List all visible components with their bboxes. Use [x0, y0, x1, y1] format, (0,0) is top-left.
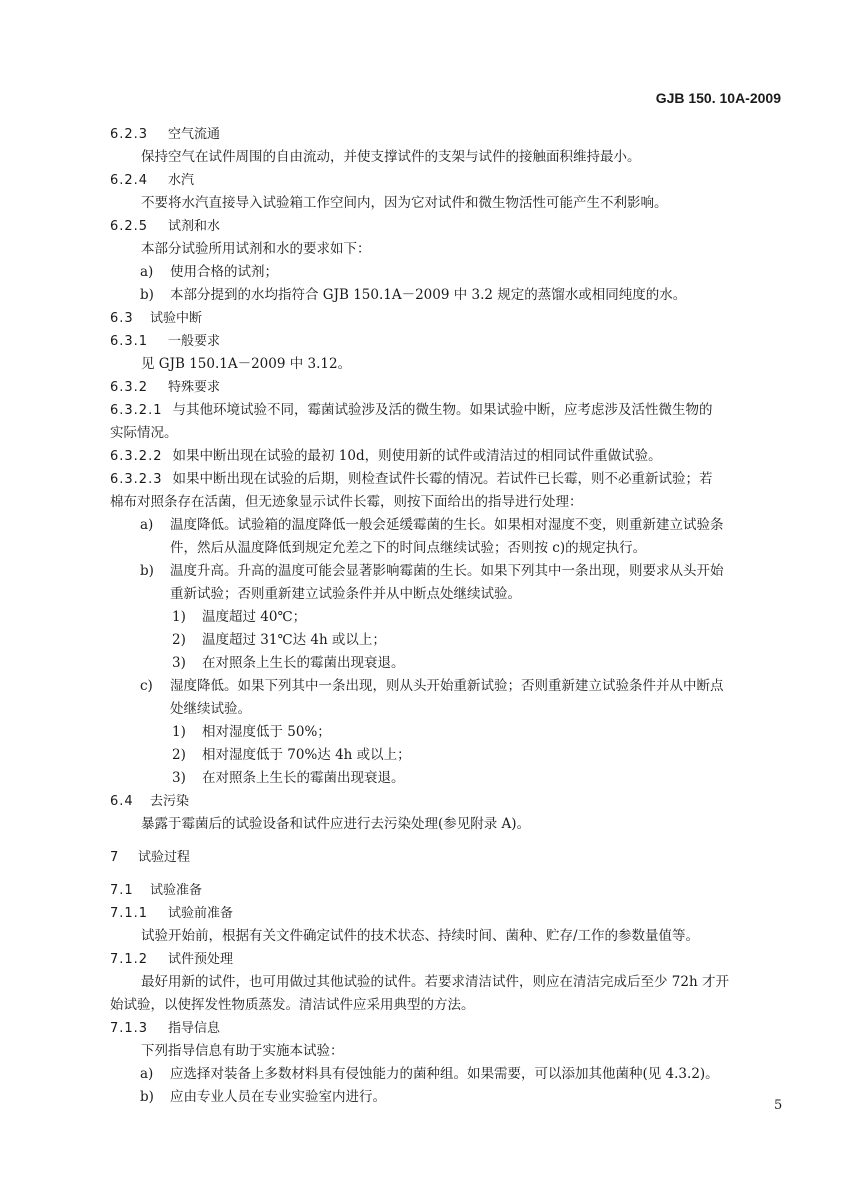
paragraph: 下列指导信息有助于实施本试验：: [110, 1040, 780, 1063]
section-title: 试验过程: [138, 850, 190, 865]
sublist-text: 在对照条上生长的霉菌出现衰退。: [202, 770, 405, 786]
list-continuation: 件，然后从温度降低到规定允差之下的时间点继续试验；否则按 c)的规定执行。: [110, 537, 780, 560]
section-title: 去污染: [150, 794, 189, 809]
section-number: 7.1.1: [110, 902, 158, 925]
list-text: 温度降低。试验箱的温度降低一般会延缓霉菌的生长。如果相对湿度不变，则重新建立试验…: [170, 517, 724, 533]
list-text: 温度升高。升高的温度可能会显著影响霉菌的生长。如果下列其中一条出现，则要求从头开…: [170, 563, 724, 579]
section-number: 6.2.5: [110, 215, 158, 238]
clause-6-3-2-3: 6.3.2.3如果中断出现在试验的后期，则检查试件长霉的情况。若试件已长霉，则不…: [110, 468, 780, 491]
list-marker: a): [140, 1063, 170, 1086]
list-item-a: a)温度降低。试验箱的温度降低一般会延缓霉菌的生长。如果相对湿度不变，则重新建立…: [110, 514, 780, 537]
list-text: 应选择对装备上多数材料具有侵蚀能力的菌种组。如果需要，可以添加其他菌种(见 4.…: [170, 1066, 719, 1082]
section-heading-7-1-1: 7.1.1试验前准备: [110, 902, 780, 925]
clause-text: 如果中断出现在试验的后期，则检查试件长霉的情况。若试件已长霉，则不必重新试验；若: [172, 471, 712, 487]
list-marker: b): [140, 284, 170, 307]
section-heading-6-3-2: 6.3.2特殊要求: [110, 376, 780, 399]
sublist-text: 在对照条上生长的霉菌出现衰退。: [202, 655, 405, 671]
list-item-b: b)温度升高。升高的温度可能会显著影响霉菌的生长。如果下列其中一条出现，则要求从…: [110, 560, 780, 583]
sublist-marker: 3): [172, 767, 202, 790]
paragraph: 最好用新的试件，也可用做过其他试验的试件。若要求清洁试件，则应在清洁完成后至少 …: [110, 971, 780, 994]
section-title: 试验中断: [150, 311, 202, 326]
clause-text: 如果中断出现在试验的最初 10d，则使用新的试件或清洁过的相同试件重做试验。: [172, 448, 661, 464]
section-title: 空气流通: [168, 127, 220, 142]
sublist-marker: 3): [172, 652, 202, 675]
clause-6-3-2-2: 6.3.2.2如果中断出现在试验的最初 10d，则使用新的试件或清洁过的相同试件…: [110, 445, 780, 468]
section-title: 一般要求: [168, 334, 220, 349]
section-number: 7.1.3: [110, 1017, 158, 1040]
paragraph: 本部分试验所用试剂和水的要求如下：: [110, 238, 780, 261]
section-heading-7-1: 7.1试验准备: [110, 879, 780, 902]
list-item: a)使用合格的试剂；: [110, 261, 780, 284]
list-marker: a): [140, 261, 170, 284]
paragraph-continuation: 始试验，以使挥发性物质蒸发。清洁试件应采用典型的方法。: [110, 994, 780, 1017]
clause-number: 6.3.2.3: [110, 468, 162, 491]
section-heading-7-1-3: 7.1.3指导信息: [110, 1017, 780, 1040]
sublist-marker: 1): [172, 721, 202, 744]
sublist-text: 相对湿度低于 70%达 4h 或以上；: [202, 747, 411, 763]
list-marker: b): [140, 1086, 170, 1109]
paragraph: 试验开始前，根据有关文件确定试件的技术状态、持续时间、菌种、贮存/工作的参数量值…: [110, 925, 780, 948]
section-number: 7.1: [110, 879, 140, 902]
section-heading-7-1-2: 7.1.2试件预处理: [110, 948, 780, 971]
section-number: 7: [110, 846, 128, 869]
section-title: 指导信息: [168, 1021, 220, 1036]
section-title: 试剂和水: [168, 219, 220, 234]
list-item: b)应由专业人员在专业实验室内进行。: [110, 1086, 780, 1109]
sublist-text: 温度超过 31℃达 4h 或以上；: [202, 632, 386, 648]
list-item: b)本部分提到的水均指符合 GJB 150.1A－2009 中 3.2 规定的蒸…: [110, 284, 780, 307]
clause-continuation: 实际情况。: [110, 422, 780, 445]
list-item-c: c)湿度降低。如果下列其中一条出现，则从头开始重新试验；否则重新建立试验条件并从…: [110, 675, 780, 698]
section-number: 7.1.2: [110, 948, 158, 971]
section-number: 6.2.3: [110, 123, 158, 146]
clause-text: 与其他环境试验不同，霉菌试验涉及活的微生物。如果试验中断，应考虑涉及活性微生物的: [172, 402, 712, 418]
list-text: 本部分提到的水均指符合 GJB 150.1A－2009 中 3.2 规定的蒸馏水…: [170, 287, 686, 303]
section-heading-6-2-3: 6.2.3空气流通: [110, 123, 780, 146]
list-marker: c): [140, 675, 170, 698]
section-number: 6.3.1: [110, 330, 158, 353]
sublist-text: 相对湿度低于 50%；: [202, 724, 331, 740]
clause-6-3-2-1: 6.3.2.1与其他环境试验不同，霉菌试验涉及活的微生物。如果试验中断，应考虑涉…: [110, 399, 780, 422]
sublist-item: 2)温度超过 31℃达 4h 或以上；: [110, 629, 780, 652]
clause-continuation: 棉布对照条存在活菌，但无迹象显示试件长霉，则按下面给出的指导进行处理：: [110, 491, 780, 514]
list-text: 应由专业人员在专业实验室内进行。: [170, 1089, 386, 1105]
paragraph: 不要将水汽直接导入试验箱工作空间内，因为它对试件和微生物活性可能产生不利影响。: [110, 192, 780, 215]
list-text: 湿度降低。如果下列其中一条出现，则从头开始重新试验；否则重新建立试验条件并从中断…: [170, 678, 724, 694]
section-number: 6.2.4: [110, 169, 158, 192]
section-title: 试件预处理: [168, 952, 233, 967]
document-body: 6.2.3空气流通 保持空气在试件周围的自由流动，并使支撑试件的支架与试件的接触…: [110, 123, 780, 1109]
standard-code-header: GJB 150. 10A-2009: [656, 90, 781, 106]
section-heading-6-4: 6.4去污染: [110, 790, 780, 813]
list-continuation: 重新试验；否则重新建立试验条件并从中断点处继续试验。: [110, 583, 780, 606]
page-number: 5: [774, 1098, 782, 1113]
section-heading-6-3: 6.3试验中断: [110, 307, 780, 330]
sublist-marker: 2): [172, 629, 202, 652]
section-title: 特殊要求: [168, 380, 220, 395]
sublist-item: 2)相对湿度低于 70%达 4h 或以上；: [110, 744, 780, 767]
sublist-marker: 2): [172, 744, 202, 767]
list-continuation: 处继续试验。: [110, 698, 780, 721]
section-title: 试验准备: [150, 883, 202, 898]
section-heading-6-2-5: 6.2.5试剂和水: [110, 215, 780, 238]
paragraph: 保持空气在试件周围的自由流动，并使支撑试件的支架与试件的接触面积维持最小。: [110, 146, 780, 169]
section-title: 水汽: [168, 173, 194, 188]
list-marker: b): [140, 560, 170, 583]
paragraph: 暴露于霉菌后的试验设备和试件应进行去污染处理(参见附录 A)。: [110, 813, 780, 836]
paragraph: 见 GJB 150.1A－2009 中 3.12。: [110, 353, 780, 376]
clause-number: 6.3.2.2: [110, 445, 162, 468]
section-title: 试验前准备: [168, 906, 233, 921]
list-text: 使用合格的试剂；: [170, 264, 278, 280]
sublist-item: 1)温度超过 40℃；: [110, 606, 780, 629]
section-number: 6.3.2: [110, 376, 158, 399]
sublist-text: 温度超过 40℃；: [202, 609, 306, 625]
sublist-item: 3)在对照条上生长的霉菌出现衰退。: [110, 652, 780, 675]
section-heading-7: 7试验过程: [110, 846, 780, 869]
sublist-item: 1)相对湿度低于 50%；: [110, 721, 780, 744]
sublist-item: 3)在对照条上生长的霉菌出现衰退。: [110, 767, 780, 790]
list-marker: a): [140, 514, 170, 537]
sublist-marker: 1): [172, 606, 202, 629]
section-heading-6-2-4: 6.2.4水汽: [110, 169, 780, 192]
section-heading-6-3-1: 6.3.1一般要求: [110, 330, 780, 353]
section-number: 6.3: [110, 307, 140, 330]
section-number: 6.4: [110, 790, 140, 813]
list-item: a)应选择对装备上多数材料具有侵蚀能力的菌种组。如果需要，可以添加其他菌种(见 …: [110, 1063, 780, 1086]
clause-number: 6.3.2.1: [110, 399, 162, 422]
